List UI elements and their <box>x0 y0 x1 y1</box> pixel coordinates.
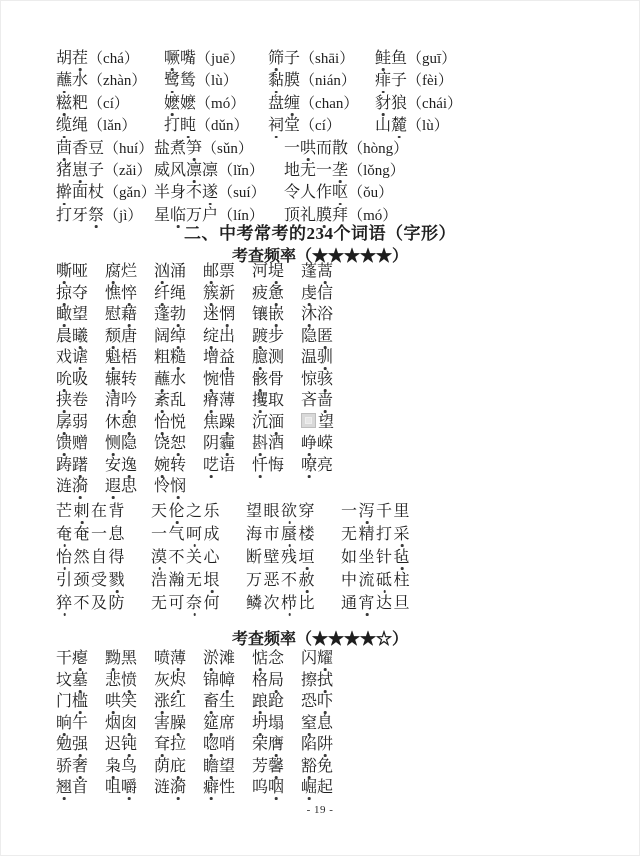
word-char: 淤 <box>203 645 219 668</box>
word-char: 垣 <box>299 544 317 567</box>
word-char: 关 <box>186 544 204 567</box>
pinyin: （zǎi） <box>104 163 151 179</box>
word-char: 霾 <box>219 430 235 453</box>
word-char: 癖 <box>203 774 219 797</box>
word-char: 锦 <box>203 667 219 690</box>
word-char: 嘴 <box>180 45 196 68</box>
word-char: 人 <box>300 179 316 202</box>
word-char: 紊 <box>154 387 170 410</box>
word-char: 千 <box>376 498 394 521</box>
word-char: 垠 <box>204 567 222 590</box>
word-char: 咽 <box>268 774 284 797</box>
word: 阔绰 <box>154 323 203 346</box>
word-char: 吮 <box>56 366 72 389</box>
word-char: 黝 <box>105 645 121 668</box>
word-char: 无 <box>186 567 204 590</box>
grid-row: 骄奢枭鸟荫庇瞻望芳馨豁免 <box>56 753 350 775</box>
word-char: 孱 <box>56 409 72 432</box>
word-char: 芳 <box>252 753 268 776</box>
pinyin-row: 缆绳（lǎn）打盹（dǔn）祠堂（cí）山麓（lù） <box>56 112 623 134</box>
word-char: 缠 <box>284 90 300 113</box>
word-char: 笋 <box>186 135 202 158</box>
word-char: 猪 <box>56 157 72 180</box>
word-char: 踱 <box>252 323 268 346</box>
word-char: 刺 <box>74 498 92 521</box>
pinyin: （cí） <box>88 96 129 112</box>
word-char: 呜 <box>252 774 268 797</box>
word-char: 转 <box>170 452 186 475</box>
word-char: 幛 <box>219 667 235 690</box>
word-char: 不 <box>74 590 92 613</box>
word: 迷惘 <box>203 301 252 324</box>
grid-row: 干瘪黝黑喷薄淤滩惦念闪耀 <box>56 645 350 667</box>
word: 恐吓 <box>301 688 350 711</box>
word-char: 一 <box>151 521 169 544</box>
word-char: 悔 <box>268 452 284 475</box>
word: 瞻望 <box>203 753 252 776</box>
word-char: 馨 <box>268 753 284 776</box>
word-char: 瞰 <box>56 301 72 324</box>
pinyin: （guī） <box>407 51 456 67</box>
word-char: 采 <box>394 521 412 544</box>
word-char: 夺 <box>72 280 88 303</box>
word: 簇新 <box>203 280 252 303</box>
word-char: 耀 <box>317 645 333 668</box>
word: 悲愤 <box>105 667 154 690</box>
word-char: 猝 <box>56 590 74 613</box>
word-char: 益 <box>219 344 235 367</box>
word-char: 害 <box>154 710 170 733</box>
word: 瘠薄 <box>203 387 252 410</box>
word-char: 哄 <box>105 688 121 711</box>
word: 筵席 <box>203 710 252 733</box>
pinyin: （lù） <box>196 73 238 89</box>
word-char: 涟 <box>154 774 170 797</box>
word-char: 性 <box>219 774 235 797</box>
word-char: 成 <box>204 521 222 544</box>
word: 晌午 <box>56 710 105 733</box>
word-char: 清 <box>105 387 121 410</box>
word: 踱步 <box>252 323 301 346</box>
word: 筛子（shāi） <box>268 45 375 68</box>
word-char: 逸 <box>121 452 137 475</box>
word: 怜悯 <box>154 473 203 496</box>
word-char: 在 <box>91 498 109 521</box>
word: 干瘪 <box>56 645 105 668</box>
word-char: 一 <box>284 135 300 158</box>
word-char: 信 <box>317 280 333 303</box>
word-char: 拭 <box>317 667 333 690</box>
word-char: 次 <box>264 590 282 613</box>
word-char: 盹 <box>180 112 196 135</box>
word-char: 吝 <box>301 387 317 410</box>
word-char: 惋 <box>203 366 219 389</box>
word: 半身不遂（suí） <box>154 179 284 202</box>
grid-row: 瞰望慰藉蓬勃迷惘镶嵌沐浴 <box>56 301 350 323</box>
word-char: 惫 <box>268 280 284 303</box>
word: 耷拉 <box>154 731 203 754</box>
word-char: 一 <box>341 498 359 521</box>
word-char: 楼 <box>299 521 317 544</box>
word-char: 望 <box>246 498 264 521</box>
pinyin: （lǒng） <box>348 163 405 179</box>
pinyin: （chá） <box>88 51 139 67</box>
word: 哄笑 <box>105 688 154 711</box>
word-char: 局 <box>268 667 284 690</box>
word-char: 思 <box>121 473 137 496</box>
word: 如坐针毡 <box>341 544 436 567</box>
word: 癖性 <box>203 774 252 797</box>
word-char: 崽 <box>72 157 88 180</box>
word: 吮吸 <box>56 366 105 389</box>
word-char: 散 <box>332 135 348 158</box>
word-char: 憔 <box>105 280 121 303</box>
word-char: 跄 <box>268 688 284 711</box>
word-char: 鸶 <box>180 67 196 90</box>
word-char: 宵 <box>359 590 377 613</box>
word-char: 擀 <box>56 179 72 202</box>
word: 一泻千里 <box>341 498 436 521</box>
grid-row: 挟卷清吟紊乱瘠薄攫取吝啬 <box>56 387 350 409</box>
pinyin: （hòng） <box>348 141 408 157</box>
word-char: 气 <box>169 521 187 544</box>
grid-row: 馈赠恻隐饶恕阴霾斟酒峥嵘 <box>56 430 350 452</box>
word-char: 打 <box>376 521 394 544</box>
grid-row: 门槛哄笑涨红畜生踉跄恐吓 <box>56 688 350 710</box>
word: 胡茬（chá） <box>56 45 164 68</box>
word-char: 票 <box>219 258 235 281</box>
word-char: 垄 <box>332 157 348 180</box>
word-char: 蓬 <box>301 258 317 281</box>
word: 颓唐 <box>105 323 154 346</box>
grid-row: 翘首咀嚼涟漪癖性呜咽崛起 <box>56 774 350 796</box>
word-char: 恐 <box>301 688 317 711</box>
word-char: 藉 <box>121 301 137 324</box>
word-char: 何 <box>204 590 222 613</box>
section-title: 二、中考常考的234个词语（字形） <box>1 219 639 244</box>
word: 淤滩 <box>203 645 252 668</box>
word: 嘹亮 <box>301 452 350 475</box>
word: 峥嵘 <box>301 430 350 453</box>
grid-row: 嘶哑腐烂汹涌邮票河堤蓬蒿 <box>56 258 350 280</box>
word: 挟卷 <box>56 387 105 410</box>
word-char: 天 <box>151 498 169 521</box>
word-char: 里 <box>394 498 412 521</box>
word-char: 黏 <box>268 67 284 90</box>
word-char: 颈 <box>74 567 92 590</box>
word-char: 免 <box>317 753 333 776</box>
word-char: 涟 <box>56 473 72 496</box>
word: 惊骇 <box>301 366 350 389</box>
word: 邮票 <box>203 258 252 281</box>
word-char: 泻 <box>359 498 377 521</box>
word-char: 疲 <box>252 280 268 303</box>
word: 疲惫 <box>252 280 301 303</box>
word-char: 唿 <box>203 731 219 754</box>
pinyin: （gǎn） <box>104 185 156 201</box>
word-char: 戏 <box>56 344 72 367</box>
word-char: 忏 <box>252 452 268 475</box>
word-char: 乱 <box>170 387 186 410</box>
word-char: 狼 <box>391 90 407 113</box>
word-char: 臆 <box>252 344 268 367</box>
word-char: 望 <box>219 753 235 776</box>
word-char: 坐 <box>359 544 377 567</box>
word: 翘首 <box>56 774 105 797</box>
word: 猪崽子（zǎi） <box>56 157 154 180</box>
word-char: 膜 <box>284 67 300 90</box>
word-char: 嵌 <box>268 301 284 324</box>
word-char: 纤 <box>154 280 170 303</box>
word-char: 残 <box>281 544 299 567</box>
word: 望眼欲穿 <box>246 498 341 521</box>
idiom-grid: 芒刺在背天伦之乐望眼欲穿一泻千里奄奄一息一气呵成海市蜃楼无精打采怡然自得漠不关心… <box>56 498 436 613</box>
word: 芒刺在背 <box>56 498 151 521</box>
word-char: 驯 <box>317 344 333 367</box>
word-char: 馈 <box>56 430 72 453</box>
word: 戏谑 <box>56 344 105 367</box>
word: 畜生 <box>203 688 252 711</box>
grid-row: 勉强迟钝耷拉唿哨荣膺陷阱 <box>56 731 350 753</box>
word-char: 遐 <box>105 473 121 496</box>
word-char: 谑 <box>72 344 88 367</box>
pinyin-row: 擀面杖（gǎn）半身不遂（suí）令人作呕（ǒu） <box>56 179 623 201</box>
pinyin: （huí） <box>104 141 153 157</box>
word-char: 悲 <box>105 667 121 690</box>
pinyin-row: 胡茬（chá）噘嘴（juē）筛子（shāi）鲑鱼（guī） <box>56 45 623 67</box>
word-char: 镶 <box>252 301 268 324</box>
word-char: 迷 <box>203 301 219 324</box>
word-char: 伦 <box>169 498 187 521</box>
word: 坟墓 <box>56 667 105 690</box>
grid-row: 戏谑魁梧粗糙增益臆测温驯 <box>56 344 350 366</box>
word: 勉强 <box>56 731 105 754</box>
word: 纤绳 <box>154 280 203 303</box>
word: 地无一垄（lǒng） <box>284 157 623 180</box>
word-char: 干 <box>56 645 72 668</box>
word: 令人作呕（ǒu） <box>284 179 623 202</box>
word-char: 呕 <box>332 179 348 202</box>
grid-row: 怡然自得漠不关心断壁残垣如坐针毡 <box>56 544 436 567</box>
word: 蘸水（zhàn） <box>56 67 164 90</box>
word: 万恶不赦 <box>246 567 341 590</box>
word-char: 河 <box>252 258 268 281</box>
word-char: 饶 <box>154 430 170 453</box>
pinyin: （juē） <box>196 51 244 67</box>
word-char: 悦 <box>170 409 186 432</box>
word-char: 踉 <box>252 688 268 711</box>
word: 陷阱 <box>301 731 350 754</box>
pinyin-row: 糍粑（cí）嬷嬷（mó）盘缠（chan）豺狼（chái） <box>56 90 623 112</box>
word-char: 喷 <box>154 645 170 668</box>
word-char: 凛 <box>202 157 218 180</box>
word-char: 柱 <box>394 567 412 590</box>
word-char: 生 <box>219 688 235 711</box>
word-char: 烬 <box>170 667 186 690</box>
word-char: 辗 <box>105 366 121 389</box>
word: 锦幛 <box>203 667 252 690</box>
word-char: 戮 <box>109 567 127 590</box>
pinyin-row: 蘸水（zhàn）鹭鸶（lù）黏膜（nián）痱子（fèi） <box>56 67 623 89</box>
word-char: 无 <box>341 521 359 544</box>
grid-row: 芒刺在背天伦之乐望眼欲穿一泻千里 <box>56 498 436 521</box>
word: 涟漪 <box>154 774 203 797</box>
missing-glyph-box <box>301 413 316 428</box>
word-char: 乐 <box>204 498 222 521</box>
word-char: 吸 <box>72 366 88 389</box>
word-char: 骸 <box>252 366 268 389</box>
word-char: 浩 <box>151 567 169 590</box>
word-char: 奈 <box>186 590 204 613</box>
word-char: 膺 <box>268 731 284 754</box>
word-char: 掠 <box>56 280 72 303</box>
word: 沐浴 <box>301 301 350 324</box>
word: 憔悴 <box>105 280 154 303</box>
word-char: 息 <box>317 710 333 733</box>
word-char: 祠 <box>268 112 284 135</box>
word-char: 曦 <box>72 323 88 346</box>
pinyin: （cí） <box>300 118 341 134</box>
word-char: 自 <box>91 544 109 567</box>
word: 安逸 <box>105 452 154 475</box>
grid-row: 吮吸辗转蘸水惋惜骸骨惊骇 <box>56 366 350 388</box>
word-char: 鱼 <box>391 45 407 68</box>
word-char: 煮 <box>170 135 186 158</box>
word-char: 躇 <box>72 452 88 475</box>
word: 踉跄 <box>252 688 301 711</box>
grid-row: 晨曦颓唐阔绰绽出踱步隐匿 <box>56 323 350 345</box>
word-char: 筵 <box>203 710 219 733</box>
word-char: 海 <box>246 521 264 544</box>
word: 虔信 <box>301 280 350 303</box>
word-char: 薄 <box>170 645 186 668</box>
word-char: 筛 <box>268 45 284 68</box>
word: 唿哨 <box>203 731 252 754</box>
word: 瞰望 <box>56 301 105 324</box>
word-char: 墓 <box>72 667 88 690</box>
word-char: 惘 <box>219 301 235 324</box>
word-char: 豁 <box>301 753 317 776</box>
word: 山麓（lù） <box>375 112 623 135</box>
word: 奄奄一息 <box>56 521 151 544</box>
word: 断壁残垣 <box>246 544 341 567</box>
word-char: 臊 <box>170 710 186 733</box>
word-char: 茬 <box>72 45 88 68</box>
word-char: 香 <box>72 135 88 158</box>
word-char: 盐 <box>154 135 170 158</box>
word: 海市蜃楼 <box>246 521 341 544</box>
word-char: 薄 <box>219 387 235 410</box>
pinyin: （mó） <box>196 96 245 112</box>
word-char: 蘸 <box>56 67 72 90</box>
word-char: 坟 <box>56 667 72 690</box>
word-char: 蜃 <box>281 521 299 544</box>
pinyin: （suí） <box>218 185 266 201</box>
word: 涟漪 <box>56 473 105 496</box>
word-char: 阔 <box>154 323 170 346</box>
word-char: 蘸 <box>154 366 170 389</box>
word: 无可奈何 <box>151 590 246 613</box>
word: 黝黑 <box>105 645 154 668</box>
word-char: 鹭 <box>164 67 180 90</box>
word: 温驯 <box>301 344 350 367</box>
word: 引颈受戮 <box>56 567 151 590</box>
word-char: 阴 <box>203 430 219 453</box>
word: 浩瀚无垠 <box>151 567 246 590</box>
word: 闪耀 <box>301 645 350 668</box>
word-char: 无 <box>300 157 316 180</box>
word: 擀面杖（gǎn） <box>56 179 154 202</box>
word-char: 拉 <box>170 731 186 754</box>
word-char: 门 <box>56 688 72 711</box>
word-char: 山 <box>375 112 391 135</box>
word-char: 惜 <box>219 366 235 389</box>
word: 河堤 <box>252 258 301 281</box>
word-char: 哑 <box>72 258 88 281</box>
word-char: 漪 <box>170 774 186 797</box>
word-char: 席 <box>219 710 235 733</box>
word: 烟囱 <box>105 710 154 733</box>
word-char: 擦 <box>301 667 317 690</box>
word-char: 隐 <box>301 323 317 346</box>
word-char: 斟 <box>252 430 268 453</box>
word: 绽出 <box>203 323 252 346</box>
word: 婉转 <box>154 452 203 475</box>
word-char: 嬷 <box>164 90 180 113</box>
word-char: 哨 <box>219 731 235 754</box>
word: 辗转 <box>105 366 154 389</box>
word: 骸骨 <box>252 366 301 389</box>
word: 阴霾 <box>203 430 252 453</box>
grid-row: 引颈受戮浩瀚无垠万恶不赦中流砥柱 <box>56 567 436 590</box>
word: 噘嘴（juē） <box>164 45 268 68</box>
word-char: 湎 <box>268 409 284 432</box>
word-char: 休 <box>105 409 121 432</box>
word: 魁梧 <box>105 344 154 367</box>
word: 惦念 <box>252 645 301 668</box>
word-char: 奢 <box>72 753 88 776</box>
word-char: 鳞 <box>246 590 264 613</box>
word-char: 心 <box>204 544 222 567</box>
word-char: 嵘 <box>317 430 333 453</box>
word-char: 峥 <box>301 430 317 453</box>
pinyin: （lù） <box>407 118 449 134</box>
pinyin: （ǒu） <box>348 185 393 201</box>
word-char: 笑 <box>121 688 137 711</box>
word-char: 语 <box>219 452 235 475</box>
word-char: 杖 <box>88 179 104 202</box>
word: 荫庇 <box>154 753 203 776</box>
word: 盐煮笋（sǔn） <box>154 135 284 158</box>
word: 粗糙 <box>154 344 203 367</box>
word-char: 怡 <box>154 409 170 432</box>
word-char: 奄 <box>74 521 92 544</box>
word-char: 躁 <box>219 409 235 432</box>
word: 腐烂 <box>105 258 154 281</box>
word-char: 呓 <box>203 452 219 475</box>
word-char: 坍 <box>252 710 268 733</box>
word-char: 绳 <box>72 112 88 135</box>
grid-row: 晌午烟囱害臊筵席坍塌窒息 <box>56 710 350 732</box>
word: 沉湎 <box>252 409 301 432</box>
word: 痱子（fèi） <box>375 67 623 90</box>
word: 紊乱 <box>154 387 203 410</box>
word-char: 受 <box>91 567 109 590</box>
word-char: 恕 <box>170 430 186 453</box>
word-char: 新 <box>219 280 235 303</box>
word-char: 可 <box>169 590 187 613</box>
word: 攫取 <box>252 387 301 410</box>
